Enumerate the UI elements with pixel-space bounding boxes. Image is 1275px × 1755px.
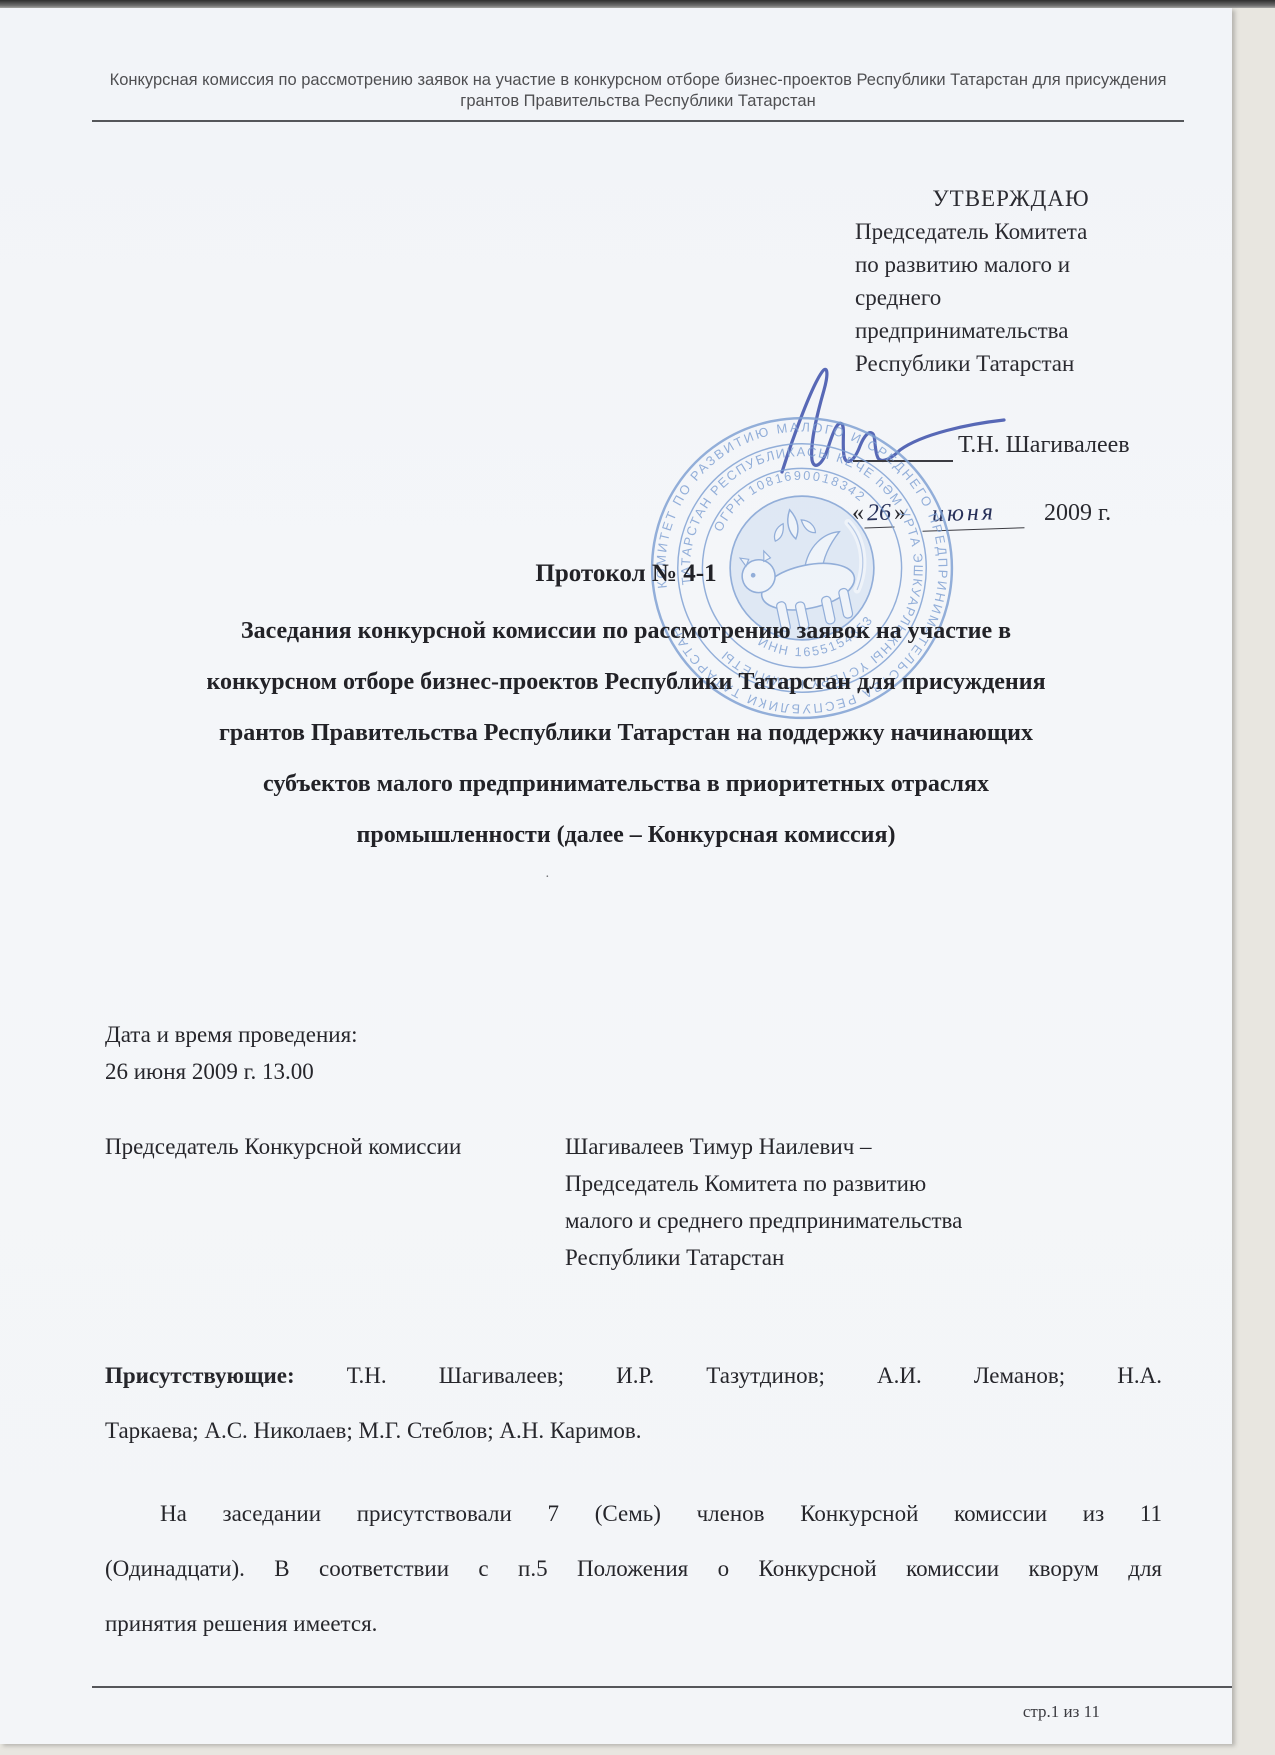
subject-line: субъектов малого предпринимательства в п… (92, 759, 1160, 810)
approval-line: предпринимательства (855, 314, 1167, 347)
header-divider (92, 120, 1184, 122)
quorum-line: принятия решения имеется. (105, 1596, 1162, 1651)
subject-line: грантов Правительства Республики Татарст… (92, 708, 1160, 759)
approval-line: по развитию малого и (855, 248, 1167, 281)
quorum-line: (Одинадцати). В соответствии с п.5 Полож… (105, 1541, 1162, 1596)
page-number: стр.1 из 11 (860, 1702, 1100, 1722)
approval-line: среднего (855, 281, 1167, 314)
chairman-line: Республики Татарстан (565, 1239, 1125, 1276)
chairman-label: Председатель Конкурсной комиссии (105, 1128, 461, 1165)
subject-line: конкурсном отборе бизнес-проектов Респуб… (92, 657, 1160, 708)
protocol-title: Протокол № 4-1 (92, 560, 1160, 588)
subject-line: промышленности (далее – Конкурсная комис… (92, 810, 1160, 861)
chairman-line: Председатель Комитета по развитию (565, 1165, 1125, 1202)
attendees-line: Таркаева; А.С. Николаев; М.Г. Стеблов; А… (105, 1403, 1162, 1458)
signer-name: Т.Н. Шагивалеев (958, 432, 1130, 459)
chairman-line: Шагивалеев Тимур Наилевич – (565, 1128, 1125, 1165)
document-header: Конкурсная комиссия по рассмотрению заяв… (92, 70, 1184, 112)
approval-title: УТВЕРЖДАЮ (855, 182, 1167, 215)
subject-line: Заседания конкурсной комиссии по рассмот… (92, 606, 1160, 657)
attendees-names: Т.Н. Шагивалеев; И.Р. Тазутдинов; А.И. Л… (295, 1363, 1162, 1388)
attendees-label: Присутствующие: (105, 1363, 295, 1388)
attendees-paragraph: Присутствующие: Т.Н. Шагивалеев; И.Р. Та… (105, 1348, 1162, 1458)
quorum-paragraph: На заседании присутствовали 7 (Семь) чле… (105, 1486, 1162, 1651)
approval-line: Председатель Комитета (855, 215, 1167, 248)
date-year: 2009 г. (1044, 500, 1111, 526)
footer-divider (92, 1686, 1232, 1688)
document-page: Конкурсная комиссия по рассмотрению заяв… (0, 8, 1232, 1744)
chairman-line: малого и среднего предпринимательства (565, 1202, 1125, 1239)
chairman-value: Шагивалеев Тимур Наилевич – Председатель… (565, 1128, 1125, 1276)
meta-value: 26 июня 2009 г. 13.00 (105, 1053, 358, 1090)
attendees-line: Присутствующие: Т.Н. Шагивалеев; И.Р. Та… (105, 1348, 1162, 1403)
meta-block: Дата и время проведения: 26 июня 2009 г.… (105, 1016, 358, 1090)
scan-speck: · (545, 870, 550, 886)
protocol-subject: Заседания конкурсной комиссии по рассмот… (92, 606, 1160, 861)
meta-label: Дата и время проведения: (105, 1016, 358, 1053)
quorum-line: На заседании присутствовали 7 (Семь) чле… (105, 1486, 1162, 1541)
scan-border-top (0, 0, 1275, 8)
approval-block: УТВЕРЖДАЮ Председатель Комитета по разви… (855, 182, 1167, 380)
